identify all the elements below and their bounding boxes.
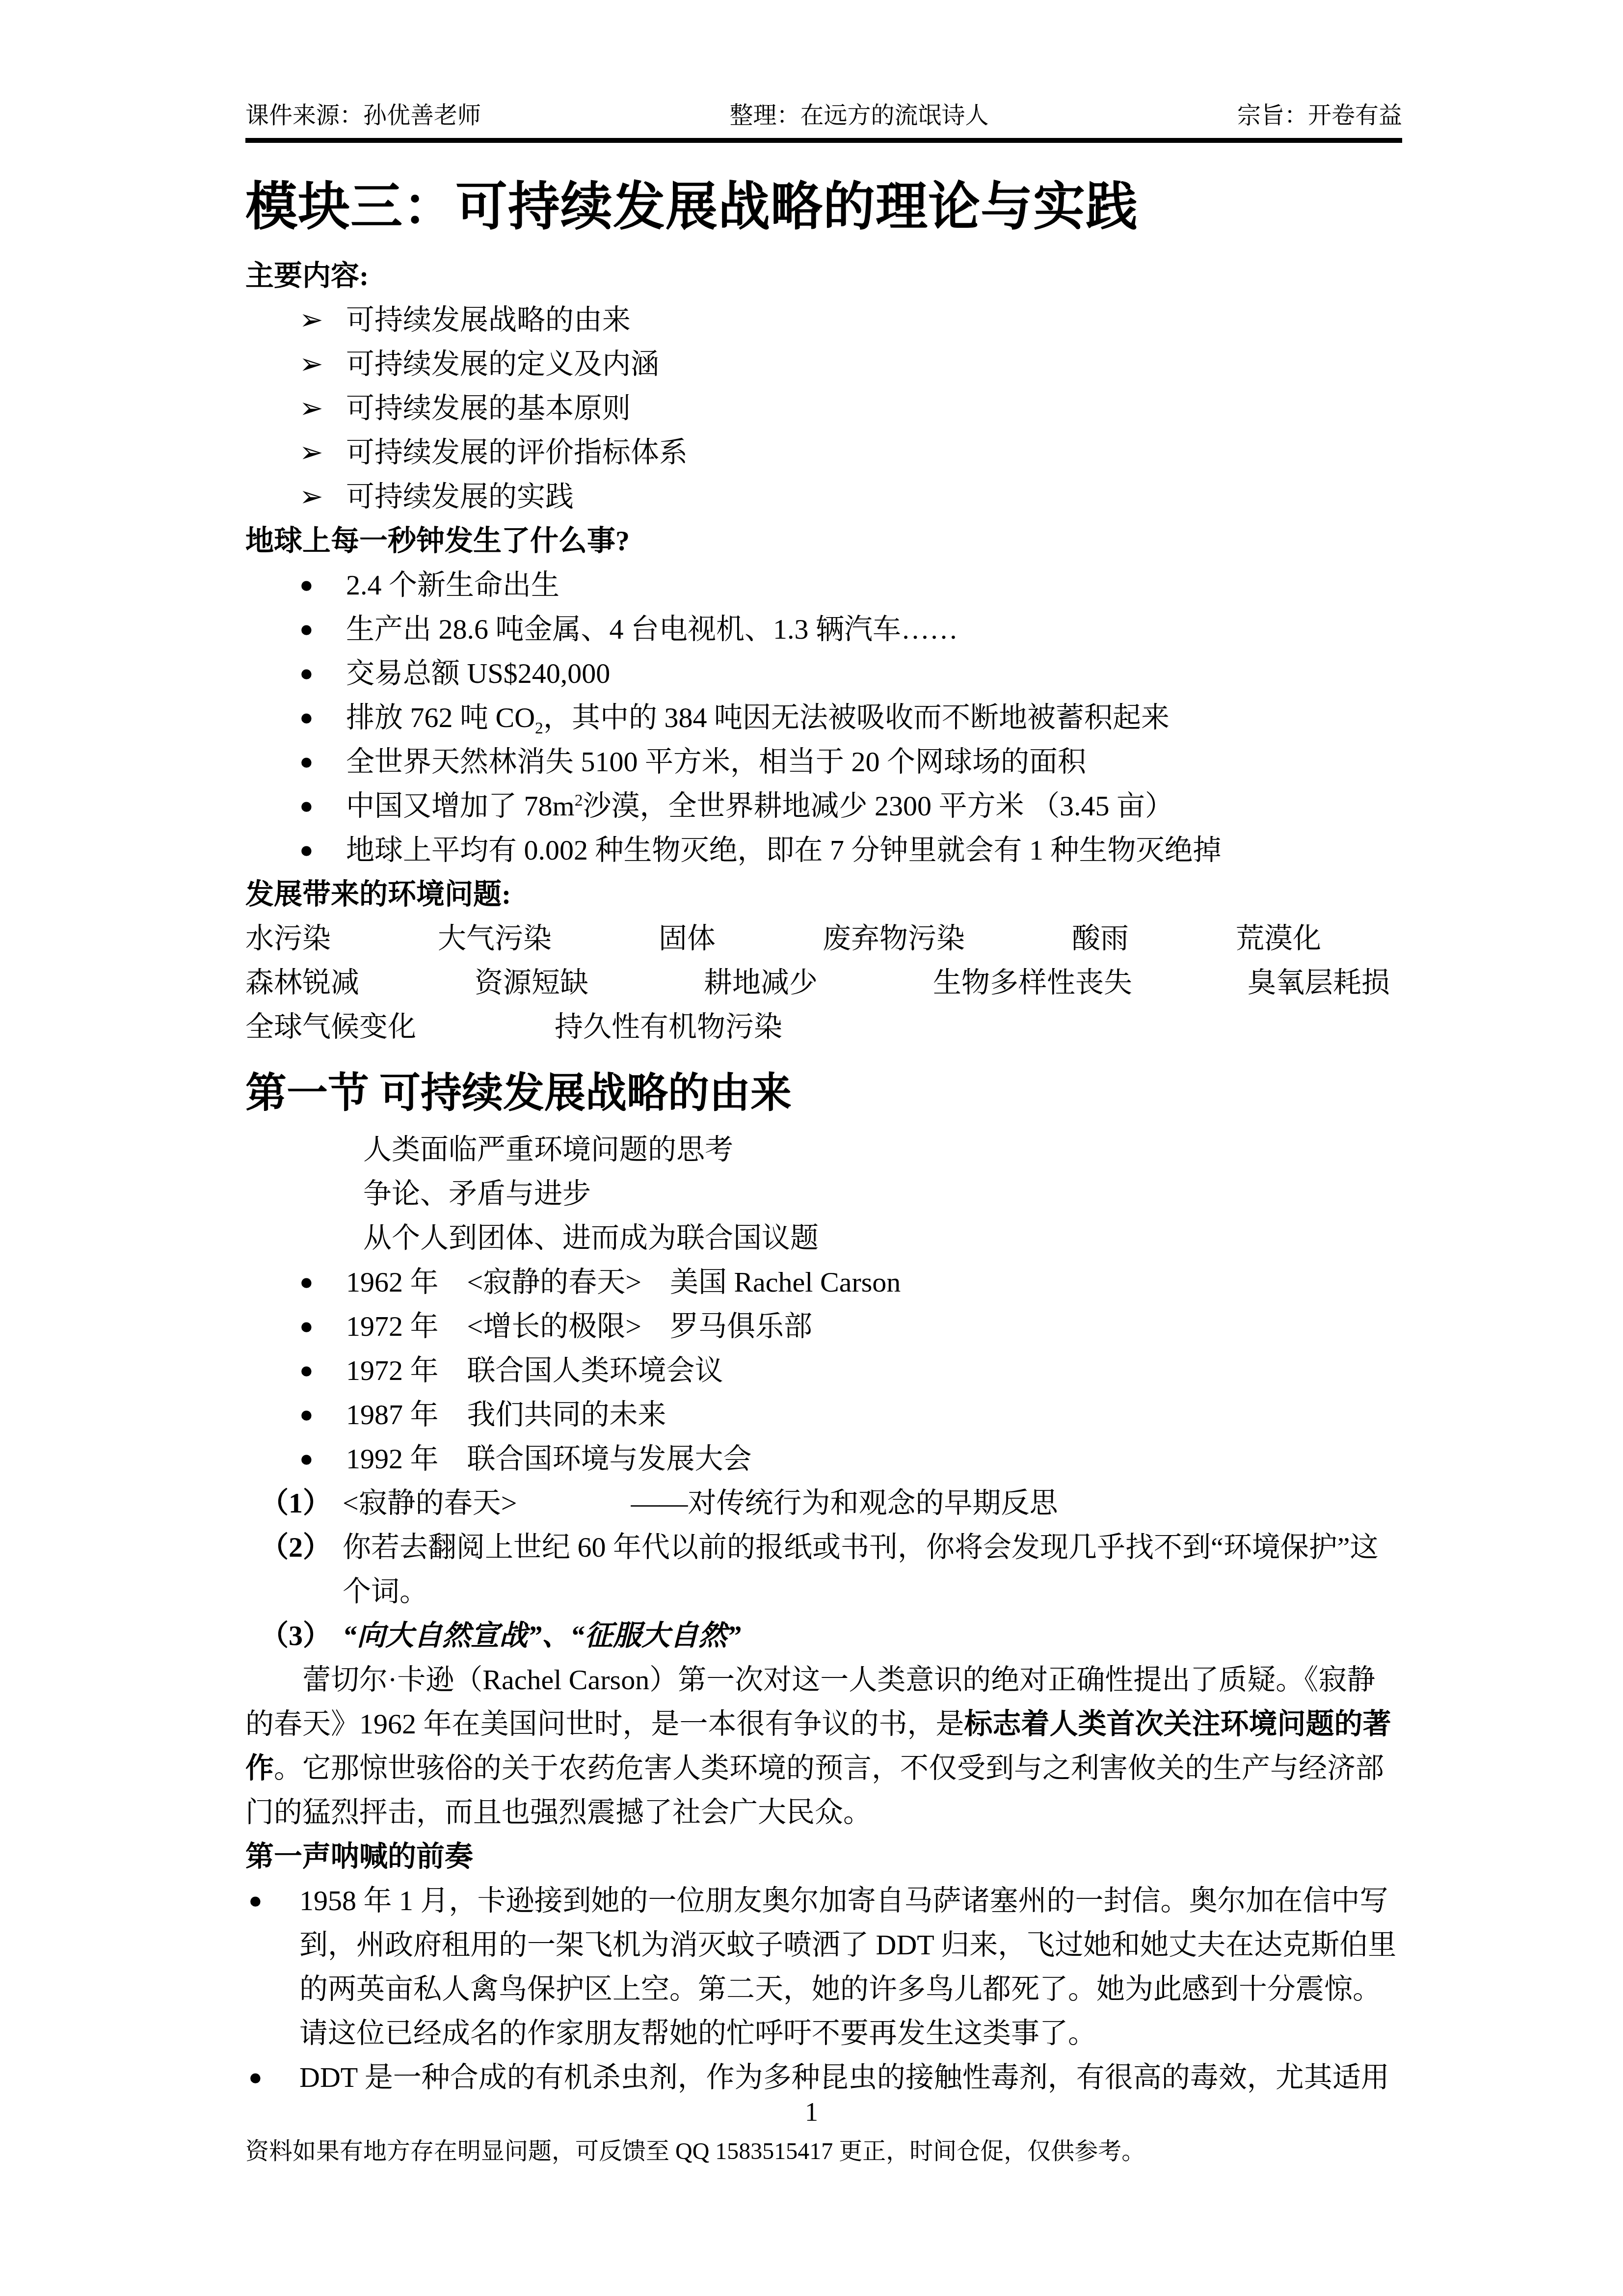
- carson-paragraph: 蕾切尔·卡逊（Rachel Carson）第一次对这一人类意识的绝对正确性提出了…: [245, 1658, 1402, 1835]
- page-number: 1: [0, 2092, 1623, 2132]
- timeline-event-text: 1962 年 <寂静的春天> 美国 Rachel Carson: [346, 1260, 1402, 1304]
- per-second-item-text: 交易总额 US$240,000: [346, 651, 1402, 696]
- timeline-event: ● 1962 年 <寂静的春天> 美国 Rachel Carson: [245, 1260, 1402, 1304]
- m2-superscript: 2: [575, 791, 583, 809]
- item-text-pre: 全世界天然林消失 5100 平方米，相当于 20 个网球场的面积: [346, 746, 1086, 778]
- timeline-event: ● 1972 年 联合国人类环境会议: [245, 1349, 1402, 1393]
- item-text-pre: 排放 762 吨 CO: [346, 702, 535, 733]
- numbered-point-text: <寂静的春天> ——对传统行为和观念的早期反思: [343, 1481, 1402, 1525]
- prelude-heading: 第一声呐喊的前奏: [245, 1835, 1402, 1879]
- problem-term: 水污染: [245, 922, 331, 954]
- dot-bullet-icon: ●: [299, 563, 346, 607]
- toc-item: ➢ 可持续发展的定义及内涵: [245, 342, 1402, 386]
- dot-bullet-icon: ●: [299, 828, 346, 872]
- arrow-bullet-icon: ➢: [299, 475, 346, 519]
- arrow-bullet-icon: ➢: [299, 342, 346, 386]
- dot-bullet-icon: ●: [299, 784, 346, 828]
- dot-bullet-icon: ●: [299, 1437, 346, 1481]
- prelude-bullet-text: 1958 年 1 月，卡逊接到她的一位朋友奥尔加寄自马萨诸塞州的一封信。奥尔加在…: [299, 1879, 1402, 2055]
- dot-bullet-icon: ●: [248, 1879, 299, 2055]
- item-text-pre: 生产出 28.6 吨金属、4 台电视机、1.3 辆汽车……: [346, 613, 958, 645]
- problem-term: 大气污染: [438, 922, 552, 954]
- toc-item: ➢ 可持续发展的基本原则: [245, 386, 1402, 431]
- toc-heading: 主要内容:: [245, 254, 1402, 298]
- item-text-post: ，其中的 384 吨因无法被吸收而不断地被蓄积起来: [543, 702, 1170, 733]
- timeline-event-text: 1987 年 我们共同的未来: [346, 1393, 1402, 1437]
- problem-term: 耕地减少: [704, 967, 818, 999]
- header-source: 课件来源：孙优善老师: [245, 101, 481, 131]
- per-second-item: ● 生产出 28.6 吨金属、4 台电视机、1.3 辆汽车……: [245, 607, 1402, 651]
- dot-bullet-icon: ●: [299, 1349, 346, 1393]
- arrow-bullet-icon: ➢: [299, 431, 346, 475]
- problems-row: 水污染大气污染固体废弃物污染酸雨荒漠化: [245, 917, 1402, 961]
- section1-heading: 第一节 可持续发展战略的由来: [245, 1064, 1402, 1124]
- item-text-pre: 地球上平均有 0.002 种生物灭绝，即在 7 分钟里就会有 1 种生物灭绝掉: [346, 834, 1222, 866]
- per-second-item: ● 中国又增加了 78m2沙漠，全世界耕地减少 2300 平方米 （3.45 亩…: [245, 784, 1402, 828]
- toc-item: ➢ 可持续发展战略的由来: [245, 298, 1402, 342]
- toc-item-label: 可持续发展的实践: [346, 475, 1402, 519]
- document-page: 课件来源：孙优善老师 整理：在远方的流氓诗人 宗旨：开卷有益 模块三：可持续发展…: [0, 0, 1623, 2296]
- problems-row: 森林锐减资源短缺耕地减少生物多样性丧失臭氧层耗损: [245, 961, 1402, 1005]
- problem-term: 臭氧层耗损: [1248, 967, 1390, 999]
- header-editor: 整理：在远方的流氓诗人: [729, 101, 988, 131]
- dot-bullet-icon: ●: [299, 607, 346, 651]
- section1-intro-line: 争论、矛盾与进步: [245, 1172, 1402, 1216]
- per-second-item-text: 全世界天然林消失 5100 平方米，相当于 20 个网球场的面积: [346, 740, 1402, 784]
- toc-item-label: 可持续发展的定义及内涵: [346, 342, 1402, 386]
- toc-item: ➢ 可持续发展的评价指标体系: [245, 431, 1402, 475]
- numbered-point-label: （2）: [245, 1525, 343, 1614]
- per-second-item: ● 排放 762 吨 CO2，其中的 384 吨因无法被吸收而不断地被蓄积起来: [245, 696, 1402, 740]
- dot-bullet-icon: ●: [299, 696, 346, 740]
- per-second-item-text: 地球上平均有 0.002 种生物灭绝，即在 7 分钟里就会有 1 种生物灭绝掉: [346, 828, 1402, 872]
- per-second-item-text: 中国又增加了 78m2沙漠，全世界耕地减少 2300 平方米 （3.45 亩）: [346, 784, 1402, 828]
- dot-bullet-icon: ●: [299, 1260, 346, 1304]
- problem-term: 酸雨: [1072, 922, 1129, 954]
- footer-note: 资料如果有地方存在明显问题，可反馈至 QQ 1583515417 更正，时间仓促…: [245, 2134, 1402, 2169]
- problems-heading: 发展带来的环境问题:: [245, 872, 1402, 917]
- arrow-bullet-icon: ➢: [299, 386, 346, 431]
- numbered-point: （3） “向大自然宣战”、“征服大自然”: [245, 1614, 1402, 1658]
- timeline-event-text: 1972 年 <增长的极限> 罗马俱乐部: [346, 1304, 1402, 1349]
- dot-bullet-icon: ●: [299, 1304, 346, 1349]
- numbered-point-text: “向大自然宣战”、“征服大自然”: [343, 1614, 1402, 1658]
- toc-item-label: 可持续发展战略的由来: [346, 298, 1402, 342]
- timeline-event-text: 1972 年 联合国人类环境会议: [346, 1349, 1402, 1393]
- timeline-event: ● 1987 年 我们共同的未来: [245, 1393, 1402, 1437]
- per-second-item: ● 2.4 个新生命出生: [245, 563, 1402, 607]
- numbered-point: （2） 你若去翻阅上世纪 60 年代以前的报纸或书刊，你将会发现几乎找不到“环境…: [245, 1525, 1402, 1614]
- problems-row: 全球气候变化持久性有机物污染: [245, 1005, 1402, 1049]
- dot-bullet-icon: ●: [299, 1393, 346, 1437]
- numbered-point-label: （1）: [245, 1481, 343, 1525]
- document-title: 模块三：可持续发展战略的理论与实践: [245, 173, 1402, 241]
- problem-term: 持久性有机物污染: [555, 1011, 782, 1043]
- section1-intro-line: 从个人到团体、进而成为联合国议题: [245, 1216, 1402, 1260]
- dot-bullet-icon: ●: [299, 651, 346, 696]
- problem-term: 废弃物污染: [823, 922, 965, 954]
- problem-term: 森林锐减: [245, 967, 359, 999]
- item-text-pre: 交易总额 US$240,000: [346, 657, 610, 689]
- dot-bullet-icon: ●: [299, 740, 346, 784]
- problem-term: 生物多样性丧失: [933, 967, 1132, 999]
- per-second-item-text: 2.4 个新生命出生: [346, 563, 1402, 607]
- section1-intro-line: 人类面临严重环境问题的思考: [245, 1128, 1402, 1172]
- carson-paragraph-post: 。它那惊世骇俗的关于农药危害人类环境的预言，不仅受到与之利害攸关的生产与经济部门…: [245, 1752, 1384, 1828]
- item-text-post: 沙漠，全世界耕地减少 2300 平方米 （3.45 亩）: [583, 790, 1173, 822]
- document-content: 课件来源：孙优善老师 整理：在远方的流氓诗人 宗旨：开卷有益 模块三：可持续发展…: [0, 0, 1623, 2100]
- timeline-event-text: 1992 年 联合国环境与发展大会: [346, 1437, 1402, 1481]
- per-second-item: ● 地球上平均有 0.002 种生物灭绝，即在 7 分钟里就会有 1 种生物灭绝…: [245, 828, 1402, 872]
- per-second-item-text: 生产出 28.6 吨金属、4 台电视机、1.3 辆汽车……: [346, 607, 1402, 651]
- problem-term: 资源短缺: [475, 967, 588, 999]
- page-header: 课件来源：孙优善老师 整理：在远方的流氓诗人 宗旨：开卷有益: [245, 101, 1402, 131]
- header-motto: 宗旨：开卷有益: [1237, 101, 1402, 131]
- numbered-point-label: （3）: [245, 1614, 343, 1658]
- per-second-heading: 地球上每一秒钟发生了什么事?: [245, 519, 1402, 563]
- numbered-point-text: 你若去翻阅上世纪 60 年代以前的报纸或书刊，你将会发现几乎找不到“环境保护”这…: [343, 1525, 1402, 1614]
- problem-term: 固体: [659, 922, 716, 954]
- toc-item: ➢ 可持续发展的实践: [245, 475, 1402, 519]
- per-second-item: ● 全世界天然林消失 5100 平方米，相当于 20 个网球场的面积: [245, 740, 1402, 784]
- item-text-pre: 中国又增加了 78m: [346, 790, 575, 822]
- timeline-event: ● 1972 年 <增长的极限> 罗马俱乐部: [245, 1304, 1402, 1349]
- problem-term: 荒漠化: [1236, 922, 1321, 954]
- item-text-pre: 2.4 个新生命出生: [346, 569, 559, 601]
- problem-term: 全球气候变化: [245, 1011, 416, 1043]
- header-divider: [245, 138, 1402, 143]
- co2-subscript: 2: [535, 719, 543, 737]
- toc-item-label: 可持续发展的基本原则: [346, 386, 1402, 431]
- prelude-bullet: ● 1958 年 1 月，卡逊接到她的一位朋友奥尔加寄自马萨诸塞州的一封信。奥尔…: [245, 1879, 1402, 2055]
- arrow-bullet-icon: ➢: [299, 298, 346, 342]
- timeline-event: ● 1992 年 联合国环境与发展大会: [245, 1437, 1402, 1481]
- numbered-point: （1） <寂静的春天> ——对传统行为和观念的早期反思: [245, 1481, 1402, 1525]
- toc-item-label: 可持续发展的评价指标体系: [346, 431, 1402, 475]
- per-second-item-text: 排放 762 吨 CO2，其中的 384 吨因无法被吸收而不断地被蓄积起来: [346, 696, 1402, 740]
- per-second-item: ● 交易总额 US$240,000: [245, 651, 1402, 696]
